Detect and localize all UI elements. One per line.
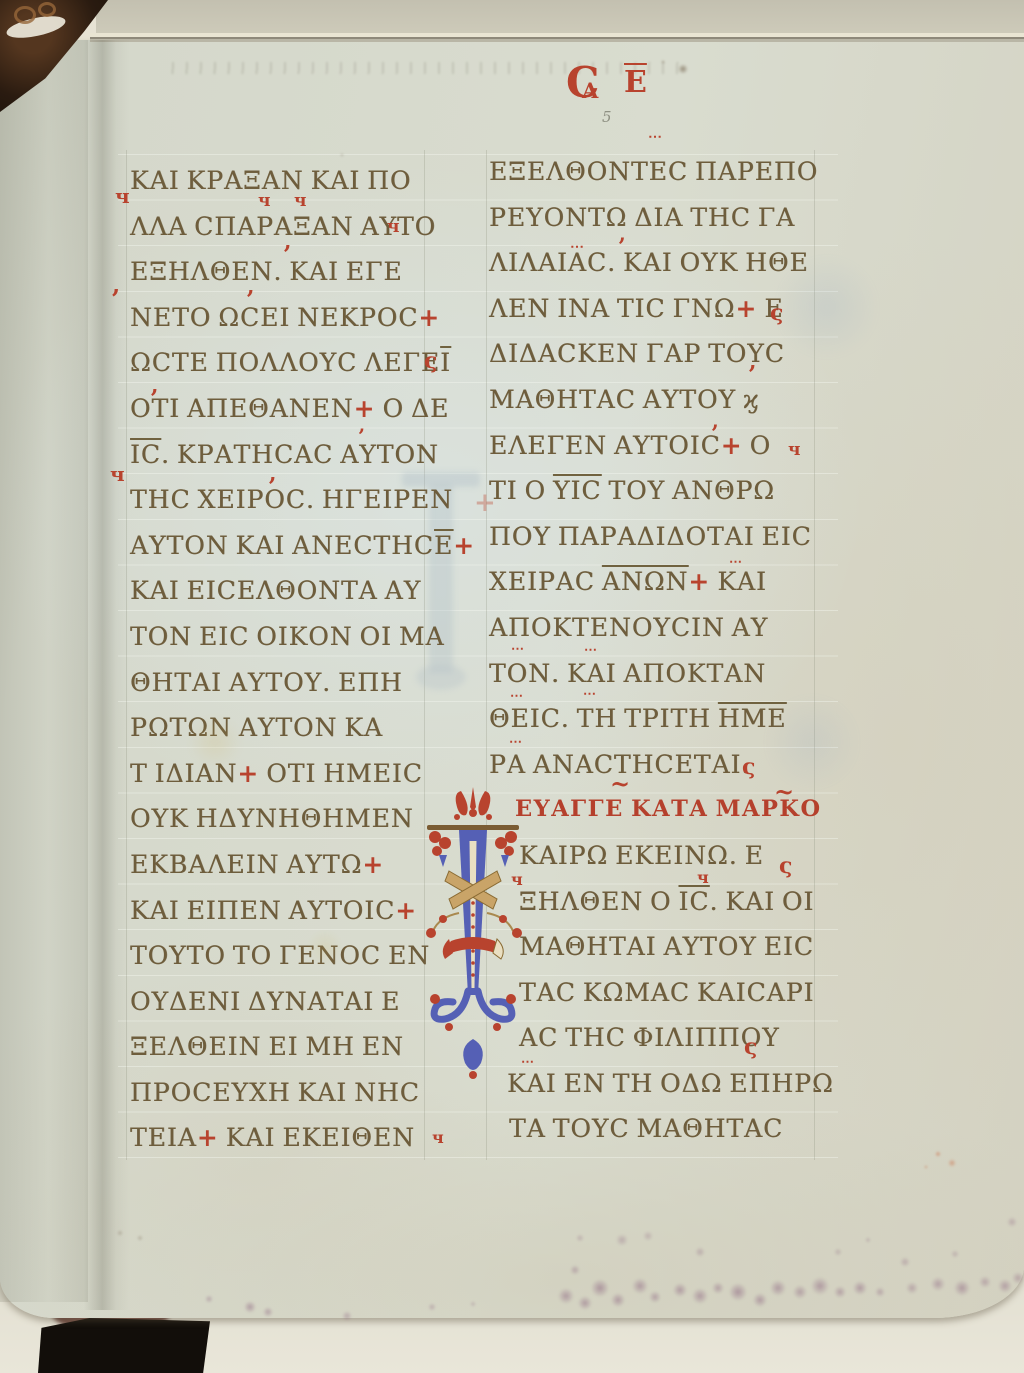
stain xyxy=(811,1277,829,1295)
stain xyxy=(340,153,344,157)
greek-text-segment: ΞΕΛΘΕΙΝ ΕΙ ΜΗ ΕΝ xyxy=(130,1032,404,1061)
red-accent-mark: ς xyxy=(744,1036,757,1058)
stain xyxy=(834,1248,842,1256)
text-line-right-20: ΑϹ ΤΗϹ ΦΙΛΙΠΠΟΥ xyxy=(489,1015,834,1061)
text-line-right-18: ΜΑΘΗΤΑΙ ΑΥΤΟΥ ΕΙϹ xyxy=(489,924,834,970)
greek-text-segment: ΙϹ xyxy=(678,887,709,916)
text-line-right-21: ΚΑΙ ΕΝ ΤΗ ΟΔΩ ΕΠΗΡΩ xyxy=(489,1061,834,1107)
greek-text-segment: ΧΕΙΡΑϹ xyxy=(489,567,602,596)
greek-text-segment: ΙϹ xyxy=(130,440,161,469)
greek-text-segment: ΟΥΚ ΗΔΥΝΗΘΗΜΕΝ xyxy=(130,804,414,833)
stain xyxy=(616,1234,628,1246)
stain xyxy=(979,1276,991,1288)
text-line-left-12: ΘΗΤΑΙ ΑΥΤΟΥ. ΕΠΗ xyxy=(130,660,475,706)
stain xyxy=(578,1296,592,1310)
greek-text-segment: ΤΗϹ ΧΕΙΡΟϹ. ΗΓΕΙΡΕΝ xyxy=(130,485,453,514)
red-accent-mark: ч xyxy=(110,464,125,484)
text-line-left-11: ΤΟΝ ΕΙϹ ΟΙΚΟΝ ΟΙ ΜΑ xyxy=(130,614,475,660)
greek-text-segment: ΔΙΔΑϹΚΕΝ ΓΑΡ ΤΟΥϹ xyxy=(489,339,785,368)
red-cross-mark: + xyxy=(362,850,384,879)
red-accent-mark: ⋯ xyxy=(570,240,584,254)
greek-text-segment: ΤΟΥΤΟ ΤΟ ΓΕΝΟϹ ΕΝ xyxy=(130,941,430,970)
text-line-left-4: ΝΕΤΟ ΩϹΕΙ ΝΕΚΡΟϹ+ xyxy=(130,295,475,341)
text-line-left-7: ΙϹ. ΚΡΑΤΗϹΑϹ ΑΥΤΟΝ xyxy=(130,432,475,478)
greek-text-segment: ΡΩΤΩΝ ΑΥΤΟΝ ΚΑ xyxy=(130,713,383,742)
text-line-right-10: ΧΕΙΡΑϹ ΑΝΩΝ+ ΚΑΙ xyxy=(489,559,834,605)
greek-text-segment: Ο xyxy=(743,431,771,460)
greek-text-segment: ΠΟΥ ΠΑΡΑΔΙΔΟΤΑΙ ΕΙϹ xyxy=(489,522,812,551)
greek-text-segment: ΚΑΙ ΕΚΕΙΘΕΝ xyxy=(219,1123,415,1152)
greek-text-segment: . ΚΡΑΤΗϹΑϹ ΑΥΤΟΝ xyxy=(161,440,439,469)
greek-text-segment: ΟΤΙ ΗΜΕΙϹ xyxy=(259,759,423,788)
text-line-right-7: ΕΛΕΓΕΝ ΑΥΤΟΙϹ+ Ο xyxy=(489,423,834,469)
red-cross-mark: + xyxy=(453,531,475,560)
greek-text-segment: ΝΕΤΟ ΩϹΕΙ ΝΕΚΡΟϹ xyxy=(130,303,418,332)
red-accent-mark: ⋯ xyxy=(583,688,596,701)
text-line-right-8: ΤΙ Ο ΥΙϹ ΤΟΥ ΑΝΘΡΩ xyxy=(489,468,834,514)
stain xyxy=(875,1287,885,1297)
stain xyxy=(998,1279,1012,1293)
greek-text-segment: ΤΑϹ ΚΩΜΑϹ ΚΑΙϹΑΡΙ xyxy=(519,978,814,1007)
greek-text-segment: ΛΕΝ ΙΝΑ ΤΙϹ ΓΝΩ xyxy=(489,294,735,323)
greek-text-segment: ΑΠΟΚΤΕΝΟΥϹΙΝ ΑΥ xyxy=(489,613,768,642)
greek-text-segment: ΟΤΙ ΑΠΕΘΑΝΕΝ xyxy=(130,394,354,423)
red-cross-mark: + xyxy=(418,303,440,332)
greek-text-segment: ΛΙΛΑΙΑϹ. ΚΑΙ ΟΥΚ ΗΘΕ xyxy=(489,248,809,277)
greek-text-segment: ΚΑΙ ΕΙΠΕΝ ΑΥΤΟΙϹ xyxy=(130,896,395,925)
stain xyxy=(189,716,241,768)
stain xyxy=(834,1286,846,1298)
stain xyxy=(753,1293,767,1307)
stain xyxy=(643,1231,653,1241)
red-accent-mark: ч xyxy=(697,870,709,886)
text-line-right-5: ΔΙΔΑϹΚΕΝ ΓΑΡ ΤΟΥϹ xyxy=(489,331,834,377)
text-line-right-19: ΤΑϹ ΚΩΜΑϹ ΚΑΙϹΑΡΙ xyxy=(489,970,834,1016)
stain xyxy=(712,1282,724,1294)
greek-text-segment: ΜΑΘΗΤΑΙ ΑΥΤΟΥ ΕΙϹ xyxy=(519,932,814,961)
greek-text-segment: ΥΙϹ xyxy=(553,476,602,505)
page-top-edge xyxy=(90,33,1024,42)
stain xyxy=(673,1283,687,1297)
red-cross-mark: + xyxy=(237,759,259,788)
stain xyxy=(428,1303,436,1311)
greek-text-segment: ΤΟΥ ΑΝΘΡΩ xyxy=(601,476,775,505)
greek-text-segment: ΜΑΘΗΤΑϹ ΑΥΤΟΥ ϗ xyxy=(489,385,760,414)
greek-text-segment: ΘΕΙϹ. ΤΗ ΤΡΙΤΗ xyxy=(489,704,718,733)
section-number-inner: Α xyxy=(582,78,598,103)
red-accent-mark: ⋯ xyxy=(584,644,597,657)
stain xyxy=(470,1301,476,1307)
red-accent-mark: ⋯ xyxy=(509,736,522,749)
stain xyxy=(951,1250,959,1258)
manuscript-photo: { "colors": { "ink": "#6e5d3c", "accent_… xyxy=(0,0,1024,1373)
red-cross-mark: + xyxy=(354,394,376,423)
greek-text-segment: ΩϹΤΕ ΠΟΛΛΟΥϹ ΛΕΓΕ xyxy=(130,348,440,377)
greek-text-segment: ΡΕΥΟΝΤΩ ΔΙΑ ΤΗϹ ΓΑ xyxy=(489,203,795,232)
red-accent-mark: ч xyxy=(115,186,130,206)
greek-text-segment: ΤΑ ΤΟΥϹ ΜΑΘΗΤΑϹ xyxy=(509,1114,783,1143)
stain xyxy=(1012,1272,1024,1284)
text-line-right-22: ΤΑ ΤΟΥϹ ΜΑΘΗΤΑϹ xyxy=(489,1106,834,1152)
red-accent-mark: ’ xyxy=(711,423,719,445)
text-line-right-9: ΠΟΥ ΠΑΡΑΔΙΔΟΤΑΙ ΕΙϹ xyxy=(489,514,834,560)
text-line-right-6: ΜΑΘΗΤΑϹ ΑΥΤΟΥ ϗ xyxy=(489,377,834,423)
red-accent-mark: ’ xyxy=(358,426,365,446)
text-line-left-6: ΟΤΙ ΑΠΕΘΑΝΕΝ+ Ο ΔΕ xyxy=(130,386,475,432)
red-accent-mark: ς xyxy=(742,756,755,778)
stain xyxy=(678,64,688,74)
red-accent-mark: ⋯ xyxy=(511,643,524,656)
stain xyxy=(307,930,343,966)
red-accent-mark: ~ xyxy=(610,772,630,796)
greek-text-segment: Ε xyxy=(434,531,453,560)
stain xyxy=(342,1311,352,1321)
stain xyxy=(954,1280,970,1296)
stain xyxy=(591,1279,609,1297)
stain xyxy=(117,1230,123,1236)
stain xyxy=(931,1277,945,1291)
red-accent-mark: ч xyxy=(258,193,270,210)
stain xyxy=(692,1288,708,1304)
greek-text-segment: ΟΥΔΕΝΙ ΔΥΝΑΤΑΙ Ε xyxy=(130,987,400,1016)
folio-number: 5 xyxy=(602,108,612,126)
greek-text-segment: ΑΝΩΝ xyxy=(602,567,689,596)
text-line-right-12: ΤΟΝ. ΚΑΙ ΑΠΟΚΤΑΝ xyxy=(489,651,834,697)
text-line-left-22: ΤΕΙΑ+ ΚΑΙ ΕΚΕΙΘΕΝ xyxy=(130,1115,475,1161)
binding-board xyxy=(38,1318,210,1373)
red-accent-mark: ⋯ xyxy=(521,1056,534,1069)
stain xyxy=(793,1285,807,1299)
text-line-left-8: ΤΗϹ ΧΕΙΡΟϹ. ΗΓΕΙΡΕΝ xyxy=(130,477,475,523)
red-accent-mark: ’ xyxy=(618,236,626,258)
text-line-right-17: ΞΗΛΘΕΝ Ο ΙϹ. ΚΑΙ ΟΙ xyxy=(489,879,834,925)
stain xyxy=(729,1283,747,1301)
stain xyxy=(865,1237,871,1243)
binding-thread xyxy=(14,6,36,24)
stain xyxy=(924,1165,928,1169)
greek-text-segment: ΠΡΟϹΕΥΧΗ ΚΑΙ ΝΗϹ xyxy=(130,1078,420,1107)
stain xyxy=(570,1265,580,1275)
red-cross-mark: + xyxy=(688,567,710,596)
greek-text-segment: ΕΞΕΛΘΟΝΤΕϹ ΠΑΡΕΠΟ xyxy=(489,157,818,186)
stain xyxy=(948,1159,956,1167)
red-accent-mark: ч xyxy=(387,219,399,236)
stain xyxy=(263,1307,273,1317)
greek-text-segment: ΤΕΙΑ xyxy=(130,1123,197,1152)
stain xyxy=(611,1293,625,1307)
stain xyxy=(900,1257,910,1267)
red-accent-mark: ⋯ xyxy=(648,130,662,144)
red-accent-mark: ч xyxy=(788,442,800,459)
greek-text-segment: Ι xyxy=(440,348,451,377)
binding-thread xyxy=(38,2,56,17)
text-line-left-13: ΡΩΤΩΝ ΑΥΤΟΝ ΚΑ xyxy=(130,705,475,751)
greek-text-segment: . ΚΑΙ ΟΙ xyxy=(709,887,814,916)
red-accent-mark: ’ xyxy=(111,287,120,313)
stain xyxy=(935,1151,941,1157)
stain xyxy=(661,60,665,64)
greek-text-segment: ΕΚΒΑΛΕΙΝ ΑΥΤΩ xyxy=(130,850,362,879)
greek-text-segment: ΚΑΙ ΕΝ ΤΗ ΟΔΩ ΕΠΗΡΩ xyxy=(507,1069,834,1098)
red-cross-mark: + xyxy=(197,1123,219,1152)
greek-text-segment: ΚΑΙ ΚΡΑΞΑΝ ΚΑΙ ΠΟ xyxy=(130,166,411,195)
stain xyxy=(853,1281,867,1295)
text-line-left-10: ΚΑΙ ΕΙϹΕΛΘΟΝΤΑ ΑΥ xyxy=(130,568,475,614)
decorated-initial-tau xyxy=(423,783,525,1083)
stain xyxy=(775,255,879,359)
text-line-right-11: ΑΠΟΚΤΕΝΟΥϹΙΝ ΑΥ xyxy=(489,605,834,651)
text-line-right-1: ΕΞΕΛΘΟΝΤΕϹ ΠΑΡΕΠΟ xyxy=(489,149,834,195)
stain xyxy=(205,1295,213,1303)
gutter-fold xyxy=(0,40,88,1302)
red-accent-mark: ’ xyxy=(283,243,291,267)
red-accent-mark: ’ xyxy=(246,288,254,312)
greek-text-segment: ΤΟΝ ΕΙϹ ΟΙΚΟΝ ΟΙ ΜΑ xyxy=(130,622,445,651)
text-line-left-9: ΑΥΤΟΝ ΚΑΙ ΑΝΕϹΤΗϹΕ+ xyxy=(130,523,475,569)
red-cross-mark: + xyxy=(395,896,417,925)
stain xyxy=(244,1301,256,1313)
greek-text-segment: ΤΟΝ. ΚΑΙ ΑΠΟΚΤΑΝ xyxy=(489,659,766,688)
red-accent-mark: ⋯ xyxy=(510,690,523,703)
greek-text-segment: ΤΙ Ο xyxy=(489,476,553,505)
red-accent-mark: ’ xyxy=(268,475,276,499)
greek-text-segment: Ο ΔΕ xyxy=(376,394,450,423)
stain xyxy=(906,1282,918,1294)
red-accent-mark: ς xyxy=(424,350,437,372)
greek-text-segment: ΚΑΙΡΩ ΕΚΕΙΝΩ. Ε xyxy=(519,841,764,870)
stain xyxy=(695,1247,705,1257)
stain xyxy=(1007,1217,1017,1227)
greek-text-segment: ΚΑΙ ΕΙϹΕΛΘΟΝΤΑ ΑΥ xyxy=(130,576,421,605)
column-rule xyxy=(126,150,127,1160)
stain xyxy=(137,1235,143,1241)
text-line-right-2: ΡΕΥΟΝΤΩ ΔΙΑ ΤΗϹ ΓΑ xyxy=(489,195,834,241)
stain xyxy=(649,1291,661,1303)
greek-text-segment: ΕΛΕΓΕΝ ΑΥΤΟΙϹ xyxy=(489,431,721,460)
red-accent-mark: ’ xyxy=(748,363,756,387)
greek-text-segment: ΞΗΛΘΕΝ Ο xyxy=(519,887,678,916)
text-line-left-3: ΕΞΗΛΘΕΝ. ΚΑΙ ΕΓΕ xyxy=(130,249,475,295)
greek-text-segment: ΘΗΤΑΙ ΑΥΤΟΥ. ΕΠΗ xyxy=(130,668,403,697)
underlying-leaf-edge xyxy=(96,0,1024,36)
stain xyxy=(558,1288,574,1304)
stain xyxy=(764,694,860,790)
stain xyxy=(632,1278,648,1294)
red-accent-mark: ⋯ xyxy=(729,556,742,569)
red-accent-mark: ς xyxy=(779,855,792,877)
red-accent-mark: ’ xyxy=(150,387,158,411)
greek-text-segment: ΚΑΙ xyxy=(710,567,767,596)
greek-text-segment: ΑΥΤΟΝ ΚΑΙ ΑΝΕϹΤΗϹ xyxy=(130,531,434,560)
red-accent-mark: ч xyxy=(294,193,306,210)
greek-text-segment: ΑϹ ΤΗϹ ΦΙΛΙΠΠΟΥ xyxy=(519,1023,780,1052)
stain xyxy=(770,1280,786,1296)
red-cross-mark: + xyxy=(721,431,743,460)
greek-text-segment: ΕΞΗΛΘΕΝ. ΚΑΙ ΕΓΕ xyxy=(130,257,403,286)
stain xyxy=(576,1234,584,1242)
canon-number-mark: Ε xyxy=(624,68,647,98)
red-accent-mark: ч xyxy=(432,1130,444,1146)
red-cross-mark: + xyxy=(735,294,757,323)
red-accent-mark: ч xyxy=(511,872,523,888)
